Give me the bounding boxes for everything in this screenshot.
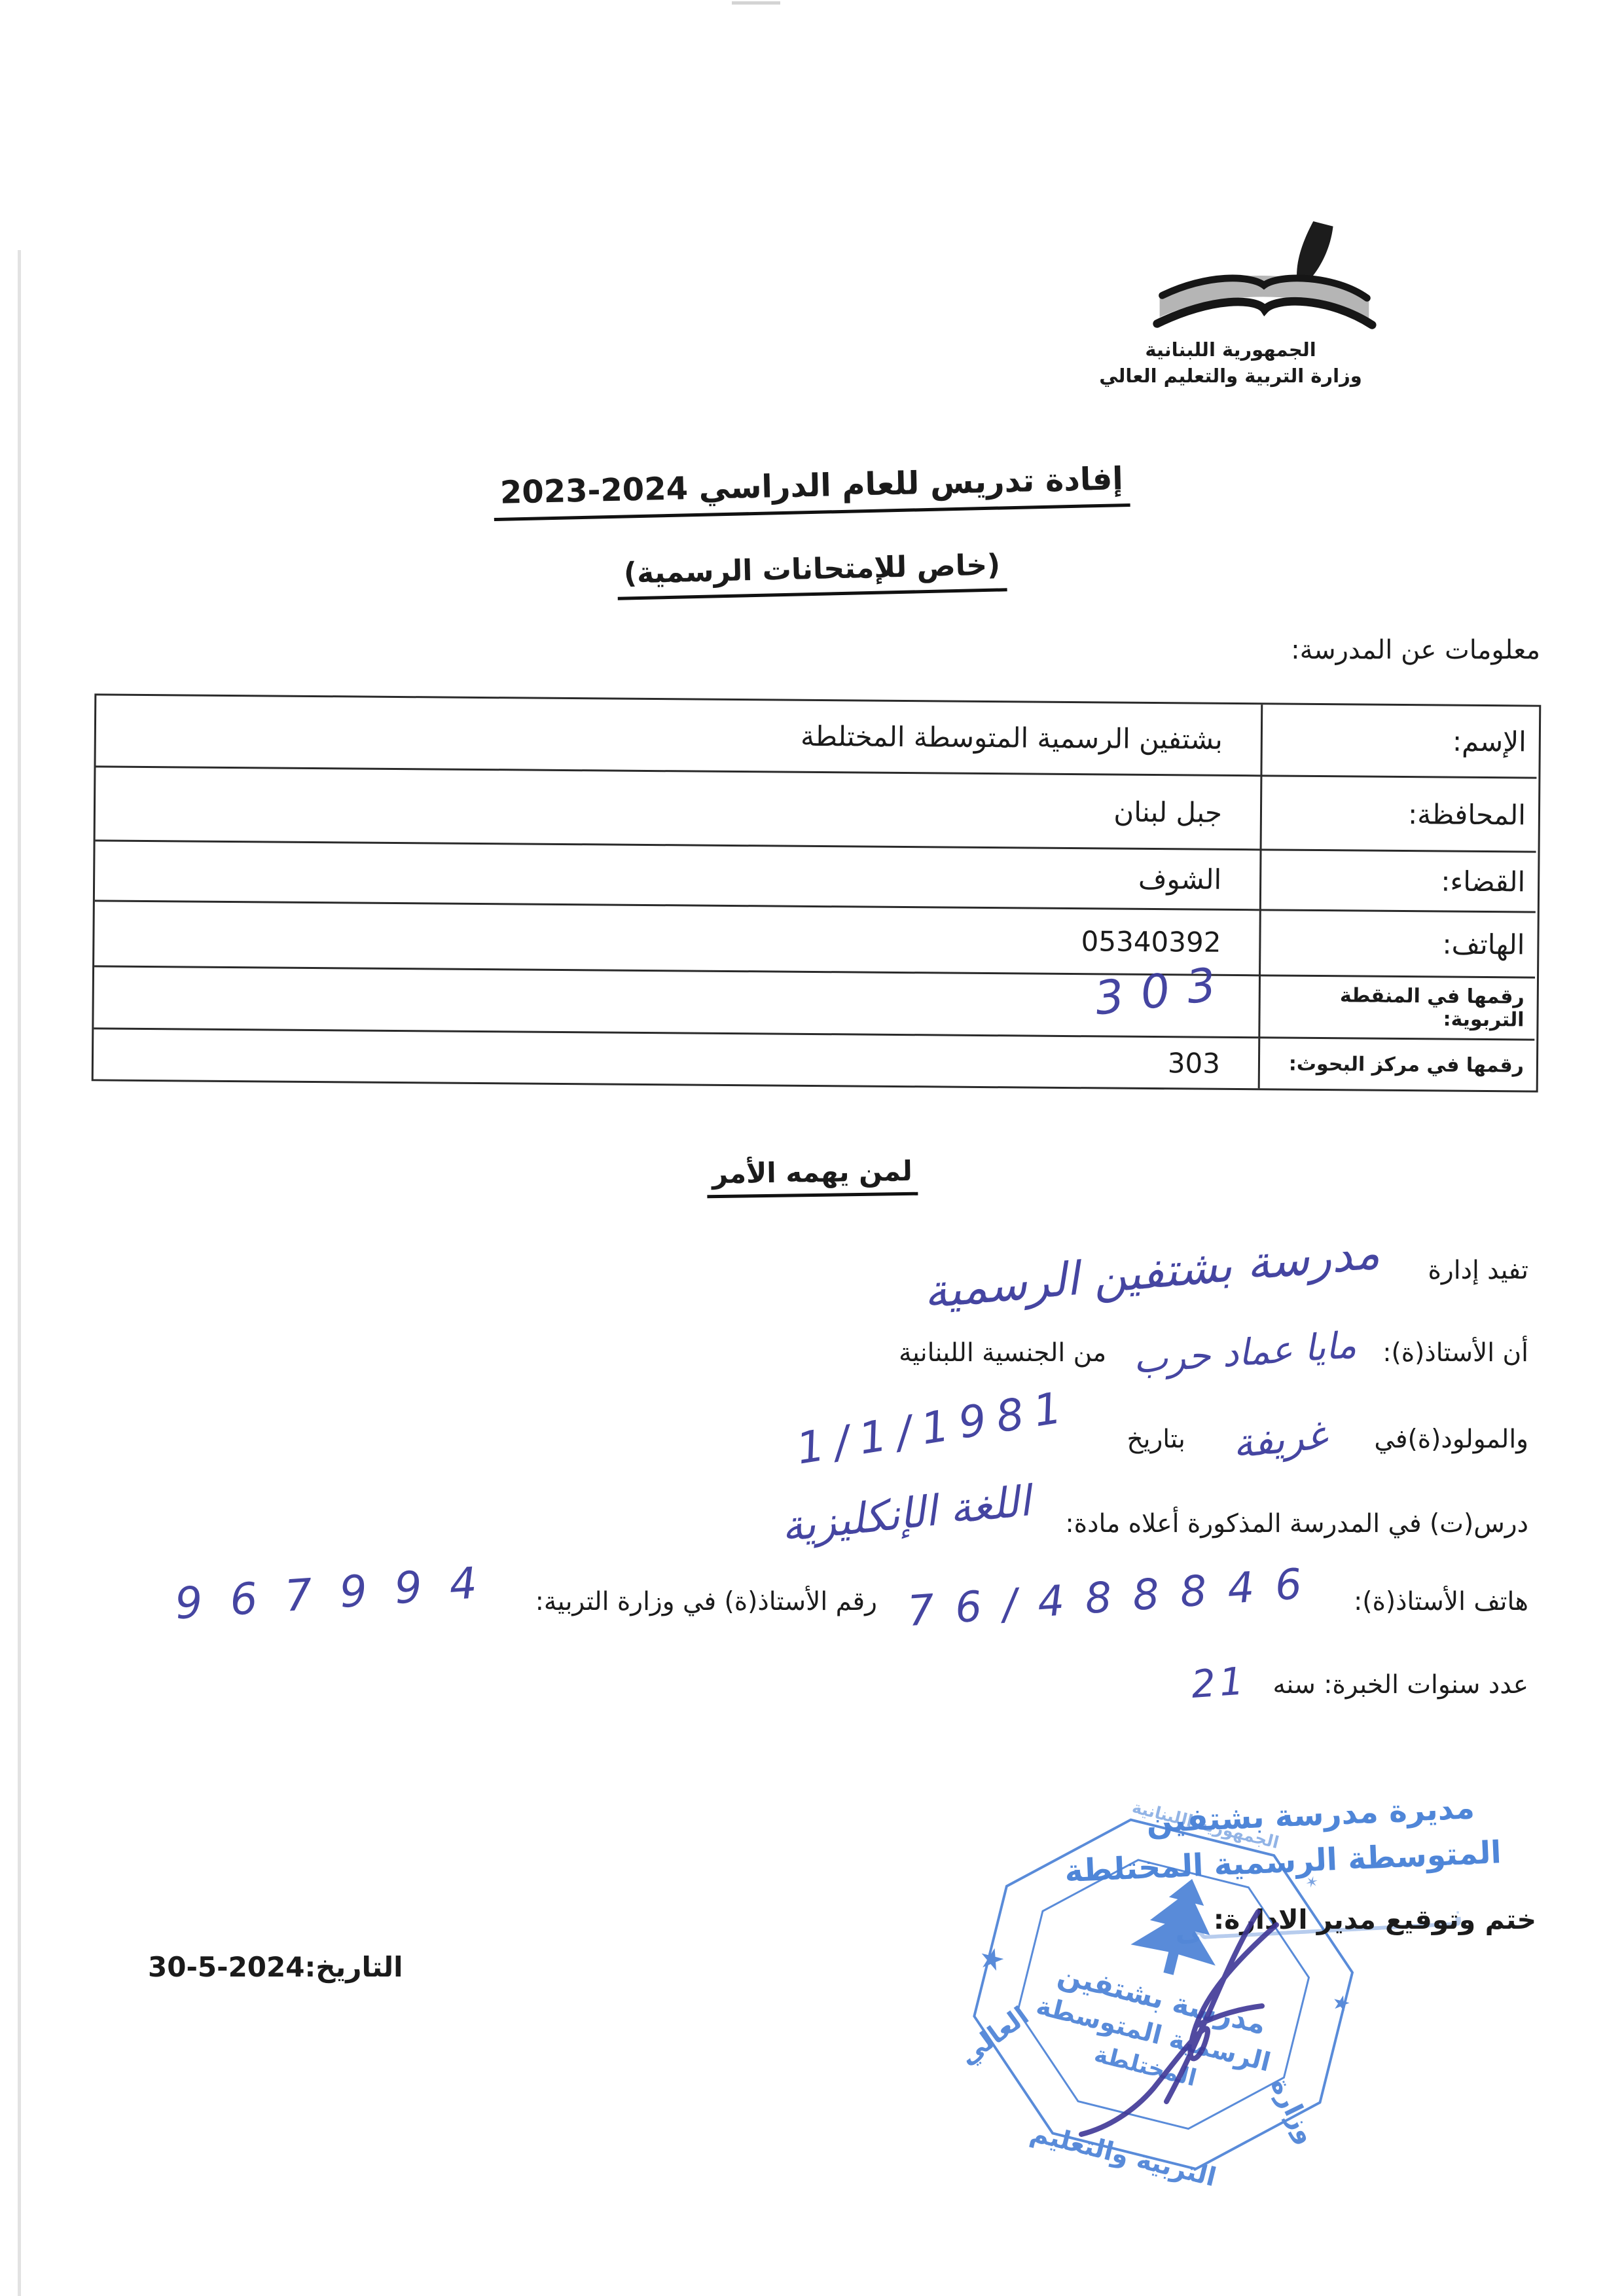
main-title: إفادة تدريس للعام الدراسي 2024-2023 bbox=[494, 460, 1130, 521]
ministry-line: وزارة التربية والتعليم العالي bbox=[1054, 363, 1407, 389]
handwritten-birthdate: 1/1/1981 bbox=[793, 1381, 1075, 1474]
handwritten-ministry-number: 967994 bbox=[173, 1556, 506, 1630]
handwritten-school-name: مدرسة بشتفين الرسمية bbox=[922, 1226, 1382, 1319]
line2-prefix: أن الأستاذ(ة): bbox=[1382, 1338, 1528, 1368]
table-cell-region-number-label: رقمها في المنقطة التربوية: bbox=[1258, 976, 1535, 1040]
open-book-icon bbox=[1147, 220, 1380, 335]
line5-prefix: هاتف الأستاذ(ة): bbox=[1354, 1587, 1528, 1616]
sub-title: (خاص للإمتحانات الرسمية) bbox=[617, 548, 1007, 600]
table-cell-name-value: بشتفين الرسمية المتوسطة المختلطة bbox=[96, 695, 1261, 776]
attestation-line-teacher: أن الأستاذ(ة): مايا عماد حرب من الجنسية … bbox=[0, 1328, 1624, 1370]
table-cell-district-value: الشوف bbox=[95, 841, 1260, 911]
scan-artifact-top bbox=[732, 1, 780, 5]
scanned-teaching-attestation: الجمهورية اللبنانية وزارة التربية والتعل… bbox=[0, 0, 1624, 2296]
line6-prefix: عدد سنوات الخبرة: سنه bbox=[1272, 1670, 1528, 1700]
to-whom-heading: لمن يهمه الأمر bbox=[706, 1155, 918, 1198]
handwritten-phone: 76/488846 bbox=[907, 1559, 1325, 1636]
line4-prefix: درس(ت) في المدرسة المذكورة أعلاه مادة: bbox=[1066, 1509, 1528, 1539]
table-cell-phone-label: الهاتف: bbox=[1259, 911, 1536, 978]
line1-prefix: تفيد إدارة bbox=[1428, 1256, 1528, 1285]
to-whom-heading-row: لمن يهمه الأمر bbox=[0, 1156, 1624, 1197]
date-line: التاريخ:2024-5-30 bbox=[148, 1951, 403, 1983]
handwritten-teacher-name: مايا عماد حرب bbox=[1132, 1324, 1358, 1382]
attestation-line-certify: تفيد إدارة مدرسة بشتفين الرسمية bbox=[0, 1236, 1624, 1290]
table-cell-governorate-value: جبل لبنان bbox=[96, 767, 1261, 850]
table-cell-district-label: القضاء: bbox=[1259, 850, 1536, 913]
table-cell-region-number-value bbox=[94, 967, 1259, 1038]
handwritten-birthplace: غريفة bbox=[1231, 1412, 1329, 1468]
seal-star-right-icon: ★ bbox=[1329, 1990, 1353, 2017]
attestation-line-phone-number: هاتف الأستاذ(ة): 76/488846 رقم الأستاذ(ة… bbox=[0, 1570, 1624, 1620]
line5-mid: رقم الأستاذ(ة) في وزارة التربية: bbox=[535, 1587, 877, 1616]
line3-prefix: والمولود(ة)في bbox=[1374, 1425, 1528, 1454]
ministry-logo-icon bbox=[1147, 220, 1380, 335]
ministry-header-text: الجمهورية اللبنانية وزارة التربية والتعل… bbox=[1054, 337, 1407, 389]
attestation-line-experience: عدد سنوات الخبرة: سنه 21 bbox=[0, 1658, 1624, 1702]
table-cell-governorate-label: المحافظة: bbox=[1260, 776, 1537, 852]
sub-title-row: (خاص للإمتحانات الرسمية) bbox=[0, 553, 1624, 596]
attestation-line-birth: والمولود(ة)في غريفة بتاريخ 1/1/1981 bbox=[0, 1408, 1624, 1458]
table-cell-research-number-value: 303 bbox=[94, 1029, 1259, 1088]
table-cell-phone-value: 05340392 bbox=[94, 902, 1259, 976]
school-info-heading: معلومات عن المدرسة: bbox=[1291, 635, 1540, 665]
school-info-table: بشتفين الرسمية المتوسطة المختلطة الإسم: … bbox=[92, 693, 1542, 1092]
handwritten-experience-years: 21 bbox=[1190, 1658, 1249, 1707]
line2-suffix: من الجنسية اللبنانية bbox=[899, 1338, 1106, 1368]
signature-icon bbox=[1001, 1884, 1309, 2153]
handwritten-subject: اللغة الإنكليزية bbox=[779, 1477, 1033, 1552]
line3-mid: بتاريخ bbox=[1127, 1425, 1185, 1454]
table-cell-research-number-label: رقمها في مركز البحوث: bbox=[1258, 1038, 1535, 1090]
republic-line: الجمهورية اللبنانية bbox=[1054, 337, 1407, 363]
attestation-line-subject: درس(ت) في المدرسة المذكورة أعلاه مادة: ا… bbox=[0, 1494, 1624, 1542]
main-title-row: إفادة تدريس للعام الدراسي 2024-2023 bbox=[0, 467, 1624, 514]
table-cell-name-label: الإسم: bbox=[1260, 704, 1537, 778]
